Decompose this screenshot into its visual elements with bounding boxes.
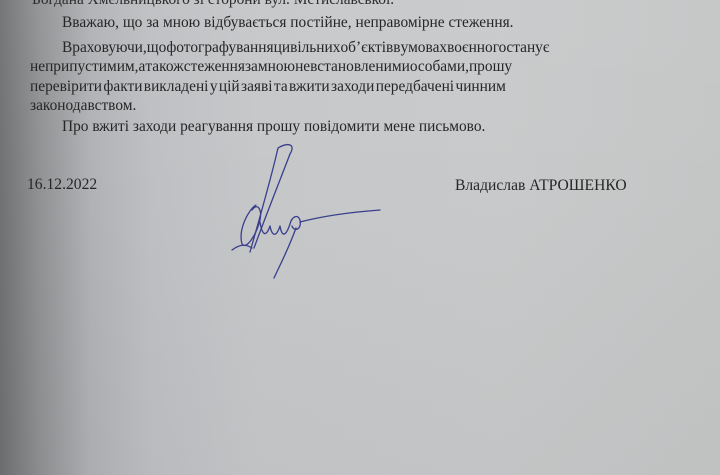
word: в [393, 39, 400, 57]
word: об’єктів [340, 39, 393, 57]
word: Враховуючи, [62, 39, 147, 57]
signature-icon [228, 140, 388, 285]
word: умовах [401, 39, 448, 57]
word: цивільних [274, 39, 341, 57]
word: воєнного [447, 39, 506, 57]
word: передбачені [376, 78, 454, 96]
word: у [210, 78, 218, 96]
word: неприпустимим, [30, 58, 139, 76]
word: фотографування [166, 39, 273, 57]
word: заяві [241, 78, 273, 96]
word: що [147, 39, 167, 57]
word: викладені [144, 78, 209, 96]
document-date: 16.12.2022 [27, 176, 97, 194]
word: стану [506, 39, 543, 57]
paragraph-request-line-4: законодавством. [30, 97, 136, 115]
paragraph-surveillance: Вважаю, що за мною відбувається постійне… [62, 14, 514, 32]
word: перевірити [30, 78, 102, 96]
paragraph-request-line-2: неприпустимим,атакожстеженнязамноюневста… [30, 58, 506, 76]
cut-off-text-line: Богдана Хмельницького зі сторони вул. Мс… [32, 0, 394, 9]
word: невстановленими [295, 58, 410, 76]
word: прошу [469, 58, 512, 76]
word: заходи [331, 78, 374, 96]
word: також [145, 58, 183, 76]
paragraph-request-line-1: Враховуючи,щофотографуванняцивільнихоб’є… [62, 39, 506, 57]
word: є [543, 39, 550, 57]
word: за [245, 58, 258, 76]
word: факти [103, 78, 142, 96]
word: вжити [289, 78, 330, 96]
word: та [274, 78, 288, 96]
word: мною [258, 58, 295, 76]
word: стеження [184, 58, 245, 76]
paragraph-notify: Про вжиті заходи реагування прошу повідо… [62, 118, 485, 136]
word: особами, [410, 58, 469, 76]
word: чинним [455, 78, 505, 96]
signer-name: Владислав АТРОШЕНКО [455, 177, 627, 195]
word: цій [219, 78, 240, 96]
word: а [139, 58, 146, 76]
paragraph-request-line-3: перевіритифактивикладеніуційзаявітавжити… [30, 78, 506, 96]
